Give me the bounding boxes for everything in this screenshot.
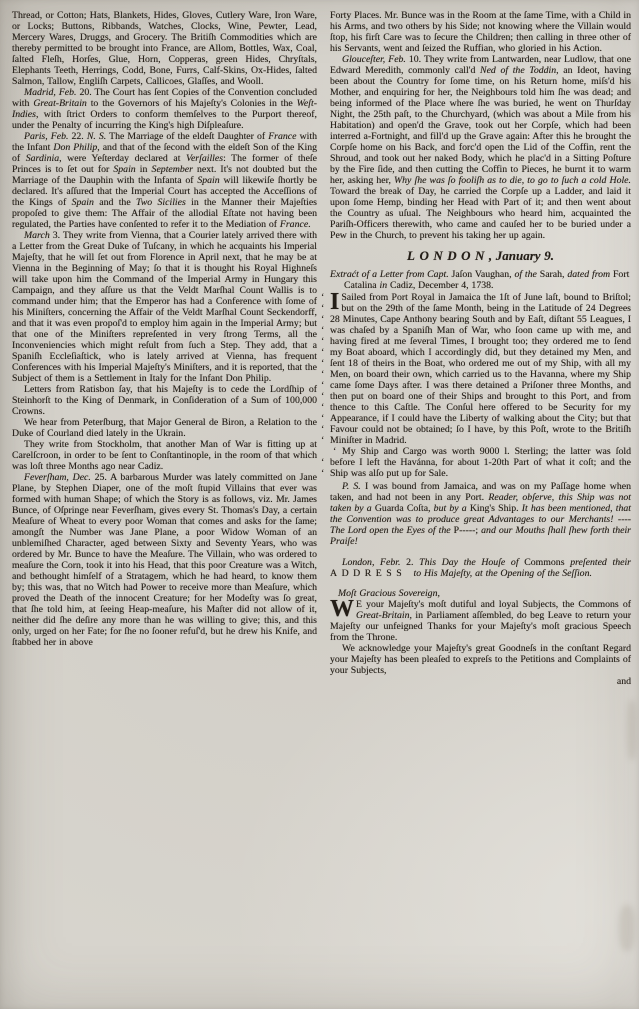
- text-segment: My Ship and Cargo was worth 9000 l. Ster…: [330, 446, 631, 479]
- body-paragraph: Forty Places. Mr. Bunce was in the Room …: [330, 10, 631, 54]
- text-segment: Sardinia: [26, 153, 59, 164]
- text-segment: Feverſham, Dec.: [24, 472, 91, 483]
- extract-paragraph: Extraćt of a Letter from Capt. Jaſon Vau…: [330, 269, 631, 291]
- text-segment: We acknowledge your Majeſty's great Good…: [330, 643, 631, 676]
- text-segment: Moſt Gracious Sovereign,: [338, 588, 440, 599]
- text-segment: The Marriage of the eldeſt Daughter of: [106, 131, 268, 142]
- text-segment: Why ſhe was ſo fooliſh as to die, to go …: [394, 175, 631, 186]
- text-segment: P-----;: [454, 525, 482, 536]
- text-segment: London, Febr.: [342, 557, 400, 568]
- text-segment: King's Ship.: [470, 503, 522, 514]
- body-indent-paragraph: Feverſham, Dec. 25. A barbarous Murder w…: [12, 472, 317, 648]
- text-segment: N. S.: [87, 131, 106, 142]
- left-column: Thread, or Cotton; Hats, Blankets, Hides…: [12, 10, 317, 648]
- quotation-gutter-marks: ‘ ‘ ‘ ‘ ‘ ‘ ‘ ‘ ‘ ‘ ‘ ‘ ‘ ‘: [321, 292, 324, 446]
- bleedthrough-mark: [627, 700, 637, 760]
- quote-paragraph: My Ship and Cargo was worth 9000 l. Ster…: [330, 446, 631, 479]
- text-segment: dated from: [567, 269, 610, 280]
- body-indent-paragraph: Paris, Feb. 22. N. S. The Marriage of th…: [12, 131, 317, 230]
- text-segment: March: [24, 230, 50, 241]
- text-segment: to His Majeſty, at the Opening of the Se…: [414, 568, 592, 579]
- text-segment: Guarda Coſta,: [375, 503, 434, 514]
- body-indent-paragraph: We acknowledge your Majeſty's great Good…: [330, 643, 631, 676]
- text-segment: Sarah,: [537, 269, 567, 280]
- text-segment: but by a: [434, 503, 470, 514]
- postscript-paragraph: P. S. I was bound from Jamaica, and was …: [330, 481, 631, 547]
- salutation-paragraph: Moſt Gracious Sovereign,: [330, 588, 631, 599]
- text-segment: Commons: [519, 557, 571, 568]
- text-segment: 3. They write from Vienna, that a Courie…: [12, 230, 317, 384]
- text-segment: Don Philip: [53, 142, 97, 153]
- body-indent-paragraph: They write from Stockholm, that another …: [12, 439, 317, 472]
- text-segment: to the Governors of his Majeſty's Coloni…: [87, 98, 297, 109]
- text-segment: preſented their: [570, 557, 631, 568]
- body-indent-paragraph: March 3. They write from Vienna, that a …: [12, 230, 317, 384]
- text-segment: Sailed from Port Royal in Jamaica the 1ſ…: [330, 292, 631, 446]
- drop-cap: I: [330, 292, 341, 312]
- body-paragraph: Thread, or Cotton; Hats, Blankets, Hides…: [12, 10, 317, 87]
- text-segment: and the: [94, 197, 136, 208]
- text-segment: and: [617, 676, 631, 687]
- text-segment: Letters from Ratisbon ſay, that his Maje…: [12, 384, 317, 417]
- text-segment: Spain: [197, 175, 219, 186]
- text-segment: Forty Places. Mr. Bunce was in the Room …: [330, 10, 631, 54]
- text-segment: P. S.: [342, 481, 361, 492]
- drop-cap: W: [330, 599, 356, 619]
- text-segment: , were Yeſterday declared at: [59, 153, 186, 164]
- text-segment: Great-Britain: [33, 98, 87, 109]
- text-segment: Ned of the Toddin: [480, 65, 556, 76]
- text-segment: Verſailles: [186, 153, 223, 164]
- text-segment: Toward the break of Day, he carried the …: [330, 186, 631, 241]
- text-segment: Jaſon Vaughan,: [449, 269, 515, 280]
- text-segment: We hear from Peterſburg, that Major Gene…: [12, 417, 317, 439]
- text-segment: Madrid, Feb.: [24, 87, 77, 98]
- body-indent-paragraph: Letters from Ratisbon ſay, that his Maje…: [12, 384, 317, 417]
- text-segment: ADDRESS: [330, 568, 414, 579]
- text-segment: France: [280, 219, 308, 230]
- text-segment: This Day the Houſe of: [419, 557, 518, 568]
- text-segment: Thread, or Cotton; Hats, Blankets, Hides…: [12, 10, 317, 87]
- section-heading-london: LONDON, January 9.: [330, 248, 631, 263]
- text-segment: , an Ideot, having been about the Countr…: [330, 65, 631, 186]
- text-segment: in: [136, 164, 152, 175]
- bleedthrough-mark: [619, 905, 635, 951]
- body-indent-paragraph: Glouceſter, Feb. 10. They write from Lan…: [330, 54, 631, 241]
- text-segment: 25. A barbarous Murder was lately commit…: [12, 472, 317, 648]
- dateline-paragraph: London, Febr. 2. This Day the Houſe of C…: [330, 557, 631, 579]
- text-segment: Spain: [113, 164, 135, 175]
- text-segment: Cadiz, December 4, 1738.: [387, 280, 493, 291]
- right-column: Forty Places. Mr. Bunce was in the Room …: [330, 10, 631, 687]
- body-indent-paragraph: We hear from Peterſburg, that Major Gene…: [12, 417, 317, 439]
- text-segment: Extraćt of a Letter from Capt.: [330, 269, 449, 280]
- text-segment: Great-Britain: [356, 610, 410, 621]
- text-segment: , with ſtrict Orders to conform themſelv…: [12, 109, 317, 131]
- body-indent-paragraph: Madrid, Feb. 20. The Court has ſent Copi…: [12, 87, 317, 131]
- address-paragraph: WE your Majeſty's moſt dutiful and loyal…: [330, 599, 631, 643]
- text-segment: .: [308, 219, 310, 230]
- newspaper-page: { "page": { "paper_color": "#d8d5ce", "i…: [0, 0, 639, 1009]
- text-segment: 22.: [68, 131, 86, 142]
- text-segment: of the: [514, 269, 536, 280]
- quotation-gutter-marks: ‘ ‘ ‘: [321, 446, 336, 479]
- text-segment: E your Majeſty's moſt dutiful and loyal …: [356, 599, 631, 610]
- text-segment: 2.: [400, 557, 419, 568]
- text-segment: Paris, Feb.: [24, 131, 68, 142]
- text-segment: , January 9.: [489, 248, 554, 263]
- text-segment: September: [152, 164, 193, 175]
- text-segment: in: [380, 280, 388, 291]
- text-segment: LONDON: [407, 248, 489, 263]
- text-segment: They write from Stockholm, that another …: [12, 439, 317, 472]
- letter-paragraph: ISailed from Port Royal in Jamaica the 1…: [330, 292, 631, 446]
- catchword-paragraph: and: [330, 676, 631, 687]
- text-segment: Spain: [72, 197, 94, 208]
- text-segment: Glouceſter, Feb.: [342, 54, 406, 65]
- text-segment: France: [268, 131, 296, 142]
- text-segment: Two Sicilies: [136, 197, 186, 208]
